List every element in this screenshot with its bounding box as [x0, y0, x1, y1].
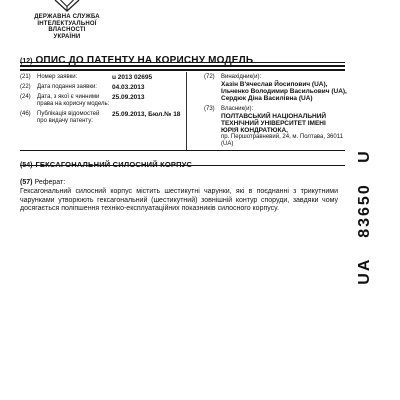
- inventors-content: Винахідник(и): Хазін В'ячеслав Йосипович…: [221, 74, 347, 102]
- state-emblem-icon: [10, 0, 124, 12]
- biblio-right-column: (72) Винахідник(и): Хазін В'ячеслав Йоси…: [204, 74, 345, 152]
- biblio-row-effective-date: (24) Дата, з якої є чинними права на кор…: [20, 94, 182, 108]
- inid-code-22: (22): [20, 84, 37, 91]
- title-underline-rule: [20, 62, 345, 63]
- agency-name: ДЕРЖАВНА СЛУЖБА ІНТЕЛЕКТУАЛЬНОЇ ВЛАСНОСТ…: [10, 14, 124, 40]
- biblio-left-column: (21) Номер заявки: u 2013 02695 (22) Дат…: [20, 74, 182, 128]
- owner-name: ПОЛТАВСЬКИЙ НАЦІОНАЛЬНИЙ ТЕХНІЧНИЙ УНІВЕ…: [221, 113, 345, 134]
- abstract-text: Гексагональний силосний корпус містить ш…: [20, 188, 338, 214]
- field-label: Дата подання заявки:: [37, 84, 112, 91]
- inventor-name: Хазін В'ячеслав Йосипович (UA),: [221, 81, 347, 88]
- inid-code-72: (72): [204, 74, 221, 81]
- section-divider-rule: [20, 150, 345, 151]
- inventors-group: (72) Винахідник(и): Хазін В'ячеслав Йоси…: [204, 74, 345, 102]
- owner-label: Власник(и):: [221, 106, 345, 113]
- inid-code-73: (73): [204, 106, 221, 113]
- issuing-agency-block: ДЕРЖАВНА СЛУЖБА ІНТЕЛЕКТУАЛЬНОЇ ВЛАСНОСТ…: [10, 0, 124, 40]
- column-divider-line: [186, 72, 187, 150]
- patent-document-page: ДЕРЖАВНА СЛУЖБА ІНТЕЛЕКТУАЛЬНОЇ ВЛАСНОСТ…: [0, 0, 400, 400]
- inid-code-21: (21): [20, 74, 37, 81]
- inventor-name: Ільченко Володимир Васильович (UA),: [221, 88, 347, 95]
- section-divider-rule: [20, 165, 345, 166]
- field-value: 25.09.2013: [112, 94, 182, 101]
- abstract-heading: (57)Реферат:: [20, 171, 65, 189]
- field-value: 04.03.2013: [112, 84, 182, 91]
- inid-code-57: (57): [20, 179, 32, 186]
- bibliographic-section: (21) Номер заявки: u 2013 02695 (22) Дат…: [20, 74, 345, 150]
- biblio-row-filing-date: (22) Дата подання заявки: 04.03.2013: [20, 84, 182, 91]
- invention-title-row: (54)ГЕКСАГОНАЛЬНИЙ СИЛОСНИЙ КОРПУС: [20, 154, 192, 172]
- field-label: Номер заявки:: [37, 74, 112, 81]
- double-thick-rule: [20, 65, 345, 71]
- field-value: u 2013 02695: [112, 74, 182, 81]
- inid-code-24: (24): [20, 94, 37, 101]
- field-label: Публікація відомостей про видачу патенту…: [37, 111, 112, 125]
- publication-number-vertical: UA 83650 U: [356, 142, 372, 292]
- field-label: Дата, з якої є чинними права на корисну …: [37, 94, 112, 108]
- owner-address: пр. Першотравневий, 24, м. Полтава, 3601…: [221, 134, 345, 148]
- owner-content: Власник(и): ПОЛТАВСЬКИЙ НАЦІОНАЛЬНИЙ ТЕХ…: [221, 106, 345, 148]
- owner-group: (73) Власник(и): ПОЛТАВСЬКИЙ НАЦІОНАЛЬНИ…: [204, 106, 345, 148]
- abstract-label: Реферат:: [34, 179, 65, 186]
- inventors-label: Винахідник(и):: [221, 74, 347, 81]
- biblio-row-publication: (46) Публікація відомостей про видачу па…: [20, 111, 182, 125]
- agency-name-line: УКРАЇНИ: [10, 34, 124, 41]
- biblio-row-application-number: (21) Номер заявки: u 2013 02695: [20, 74, 182, 81]
- field-value: 25.09.2013, Бюл.№ 18: [112, 111, 182, 118]
- inid-code-46: (46): [20, 111, 37, 118]
- inventor-name: Сердюк Діна Василівна (UA): [221, 95, 347, 102]
